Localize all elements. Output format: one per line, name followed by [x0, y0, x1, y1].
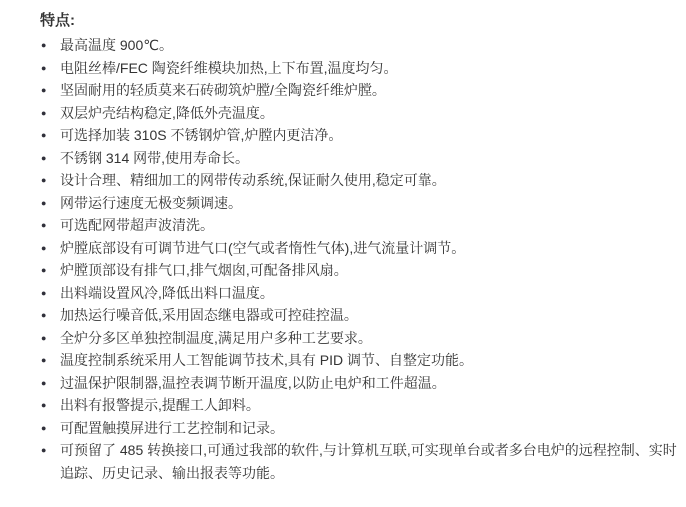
bullet-icon: ● — [41, 79, 46, 102]
list-item: ●不锈钢 314 网带,使用寿命长。 — [40, 147, 682, 170]
feature-text: 坚固耐用的轻质莫来石砖砌筑炉膛/全陶瓷纤维炉膛。 — [60, 82, 386, 98]
list-item: ●炉膛顶部设有排气口,排气烟囱,可配备排风扇。 — [40, 259, 682, 282]
list-item: ●可选配网带超声波清洗。 — [40, 214, 682, 237]
bullet-icon: ● — [41, 57, 46, 80]
list-item: ●过温保护限制器,温控表调节断开温度,以防止电炉和工件超温。 — [40, 372, 682, 395]
feature-text: 出料有报警提示,提醒工人卸料。 — [60, 397, 260, 413]
bullet-icon: ● — [41, 259, 46, 282]
list-item: ●坚固耐用的轻质莫来石砖砌筑炉膛/全陶瓷纤维炉膛。 — [40, 79, 682, 102]
feature-text: 可配置触摸屏进行工艺控制和记录。 — [60, 420, 284, 436]
feature-text: 温度控制系统采用人工智能调节技术,具有 PID 调节、自整定功能。 — [60, 352, 473, 368]
list-item: ●炉膛底部设有可调节进气口(空气或者惰性气体),进气流量计调节。 — [40, 237, 682, 260]
bullet-icon: ● — [41, 327, 46, 350]
list-item: ●可配置触摸屏进行工艺控制和记录。 — [40, 417, 682, 440]
bullet-icon: ● — [41, 282, 46, 305]
bullet-icon: ● — [41, 214, 46, 237]
bullet-icon: ● — [41, 124, 46, 147]
feature-list: ●最高温度 900℃。 ●电阻丝棒/FEC 陶瓷纤维模块加热,上下布置,温度均匀… — [40, 34, 682, 484]
page-title: 特点: — [40, 10, 682, 32]
document-page: 特点: ●最高温度 900℃。 ●电阻丝棒/FEC 陶瓷纤维模块加热,上下布置,… — [0, 0, 686, 507]
list-item: ●温度控制系统采用人工智能调节技术,具有 PID 调节、自整定功能。 — [40, 349, 682, 372]
feature-text: 加热运行噪音低,采用固态继电器或可控硅控温。 — [60, 307, 358, 323]
feature-text: 炉膛顶部设有排气口,排气烟囱,可配备排风扇。 — [60, 262, 348, 278]
list-item: ●设计合理、精细加工的网带传动系统,保证耐久使用,稳定可靠。 — [40, 169, 682, 192]
list-item: ●出料端设置风冷,降低出料口温度。 — [40, 282, 682, 305]
feature-text: 可选择加装 310S 不锈钢炉管,炉膛内更洁净。 — [60, 127, 342, 143]
bullet-icon: ● — [41, 102, 46, 125]
bullet-icon: ● — [41, 147, 46, 170]
feature-text: 过温保护限制器,温控表调节断开温度,以防止电炉和工件超温。 — [60, 375, 446, 391]
list-item: ●加热运行噪音低,采用固态继电器或可控硅控温。 — [40, 304, 682, 327]
bullet-icon: ● — [41, 349, 46, 372]
feature-text: 可选配网带超声波清洗。 — [60, 217, 214, 233]
list-item: ●最高温度 900℃。 — [40, 34, 682, 57]
feature-text: 不锈钢 314 网带,使用寿命长。 — [60, 150, 249, 166]
bullet-icon: ● — [41, 394, 46, 417]
bullet-icon: ● — [41, 169, 46, 192]
feature-text: 炉膛底部设有可调节进气口(空气或者惰性气体),进气流量计调节。 — [60, 240, 465, 256]
list-item: ●网带运行速度无极变频调速。 — [40, 192, 682, 215]
feature-text: 设计合理、精细加工的网带传动系统,保证耐久使用,稳定可靠。 — [60, 172, 446, 188]
feature-text: 可预留了 485 转换接口,可通过我部的软件,与计算机互联,可实现单台或者多台电… — [60, 442, 677, 481]
list-item: ●电阻丝棒/FEC 陶瓷纤维模块加热,上下布置,温度均匀。 — [40, 57, 682, 80]
feature-text: 最高温度 900℃。 — [60, 37, 173, 53]
bullet-icon: ● — [41, 237, 46, 260]
list-item: ●双层炉壳结构稳定,降低外壳温度。 — [40, 102, 682, 125]
list-item: ●可预留了 485 转换接口,可通过我部的软件,与计算机互联,可实现单台或者多台… — [40, 439, 682, 484]
list-item: ●出料有报警提示,提醒工人卸料。 — [40, 394, 682, 417]
bullet-icon: ● — [41, 372, 46, 395]
list-item: ●全炉分多区单独控制温度,满足用户多种工艺要求。 — [40, 327, 682, 350]
feature-text: 双层炉壳结构稳定,降低外壳温度。 — [60, 105, 274, 121]
bullet-icon: ● — [41, 439, 46, 462]
bullet-icon: ● — [41, 34, 46, 57]
list-item: ●可选择加装 310S 不锈钢炉管,炉膛内更洁净。 — [40, 124, 682, 147]
bullet-icon: ● — [41, 192, 46, 215]
feature-text: 出料端设置风冷,降低出料口温度。 — [60, 285, 274, 301]
feature-text: 全炉分多区单独控制温度,满足用户多种工艺要求。 — [60, 330, 372, 346]
bullet-icon: ● — [41, 417, 46, 440]
feature-text: 网带运行速度无极变频调速。 — [60, 195, 242, 211]
bullet-icon: ● — [41, 304, 46, 327]
feature-text: 电阻丝棒/FEC 陶瓷纤维模块加热,上下布置,温度均匀。 — [60, 60, 398, 76]
